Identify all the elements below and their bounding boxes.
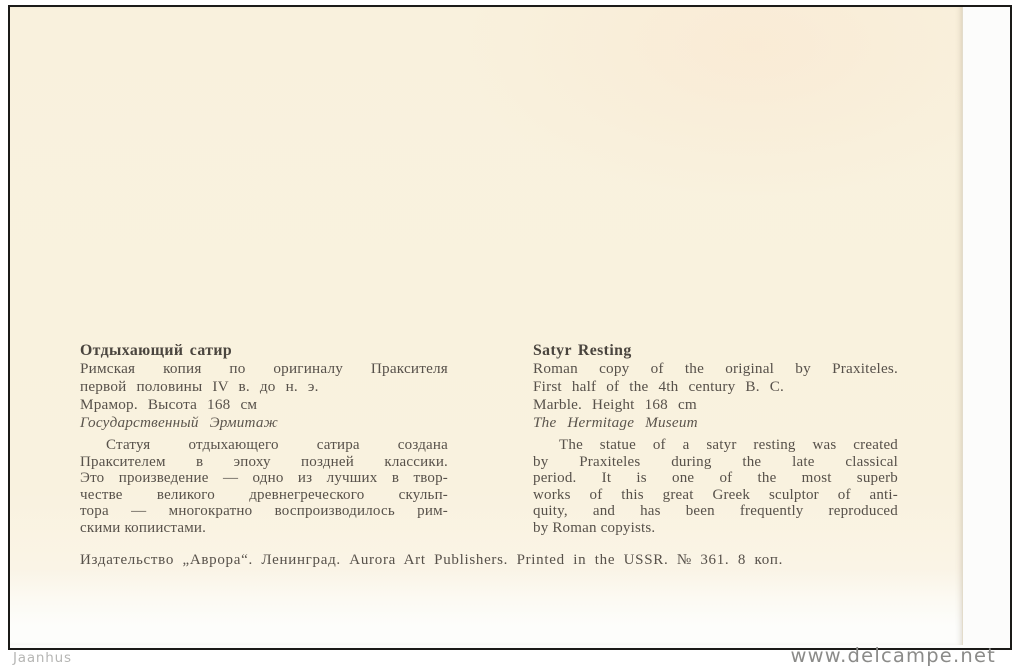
- postcard-back: Отдыхающий сатир Римская копия по оригин…: [10, 7, 963, 645]
- english-info-line: Roman copy of the original by Praxiteles…: [533, 360, 898, 378]
- english-paragraph-line: period. It is one of the most superb: [533, 470, 898, 487]
- russian-paragraph-line: честве великого древнегреческого скульп-: [80, 487, 448, 504]
- english-paragraph-line: by Praxiteles during the late classical: [533, 454, 898, 471]
- publisher-imprint-line: Издательство „Аврора“. Ленинград. Aurora…: [80, 551, 920, 569]
- seller-watermark: Jaanhus: [13, 650, 72, 666]
- english-museum-line: The Hermitage Museum: [533, 414, 898, 432]
- russian-paragraph: Статуя отдыхающего сатира создана Пракси…: [80, 437, 448, 537]
- russian-museum-line: Государственный Эрмитаж: [80, 414, 448, 432]
- russian-info-line: первой половины IV в. до н. э.: [80, 378, 448, 396]
- russian-info-line: Римская копия по оригиналу Праксителя: [80, 360, 448, 378]
- english-paragraph-line: works of this great Greek sculptor of an…: [533, 487, 898, 504]
- russian-paragraph-line: Статуя отдыхающего сатира создана: [80, 437, 448, 454]
- english-paragraph: The statue of a satyr resting was create…: [533, 437, 898, 537]
- russian-paragraph-line: Это произведение — одно из лучших в твор…: [80, 470, 448, 487]
- english-paragraph-line: The statue of a satyr resting was create…: [533, 437, 898, 454]
- russian-caption-block: Отдыхающий сатир Римская копия по оригин…: [80, 342, 448, 432]
- russian-paragraph-line: тора — многократно воспроизводилось рим-: [80, 503, 448, 520]
- russian-info-line: Мрамор. Высота 168 см: [80, 396, 448, 414]
- english-info-line: First half of the 4th century B. C.: [533, 378, 898, 396]
- postcard-scan: Отдыхающий сатир Римская копия по оригин…: [0, 0, 1020, 669]
- scan-frame: Отдыхающий сатир Римская копия по оригин…: [8, 5, 1012, 650]
- site-watermark: www.delcampe.net: [791, 644, 997, 667]
- russian-paragraph-line: Праксителем в эпоху поздней классики.: [80, 454, 448, 471]
- english-paragraph-line: quity, and has been frequently reproduce…: [533, 503, 898, 520]
- english-info-line: Marble. Height 168 cm: [533, 396, 898, 414]
- english-title: Satyr Resting: [533, 342, 898, 360]
- english-paragraph-line: by Roman copyists.: [533, 520, 898, 537]
- russian-paragraph-line: скими копиистами.: [80, 520, 448, 537]
- english-caption-block: Satyr Resting Roman copy of the original…: [533, 342, 898, 432]
- russian-title: Отдыхающий сатир: [80, 342, 448, 360]
